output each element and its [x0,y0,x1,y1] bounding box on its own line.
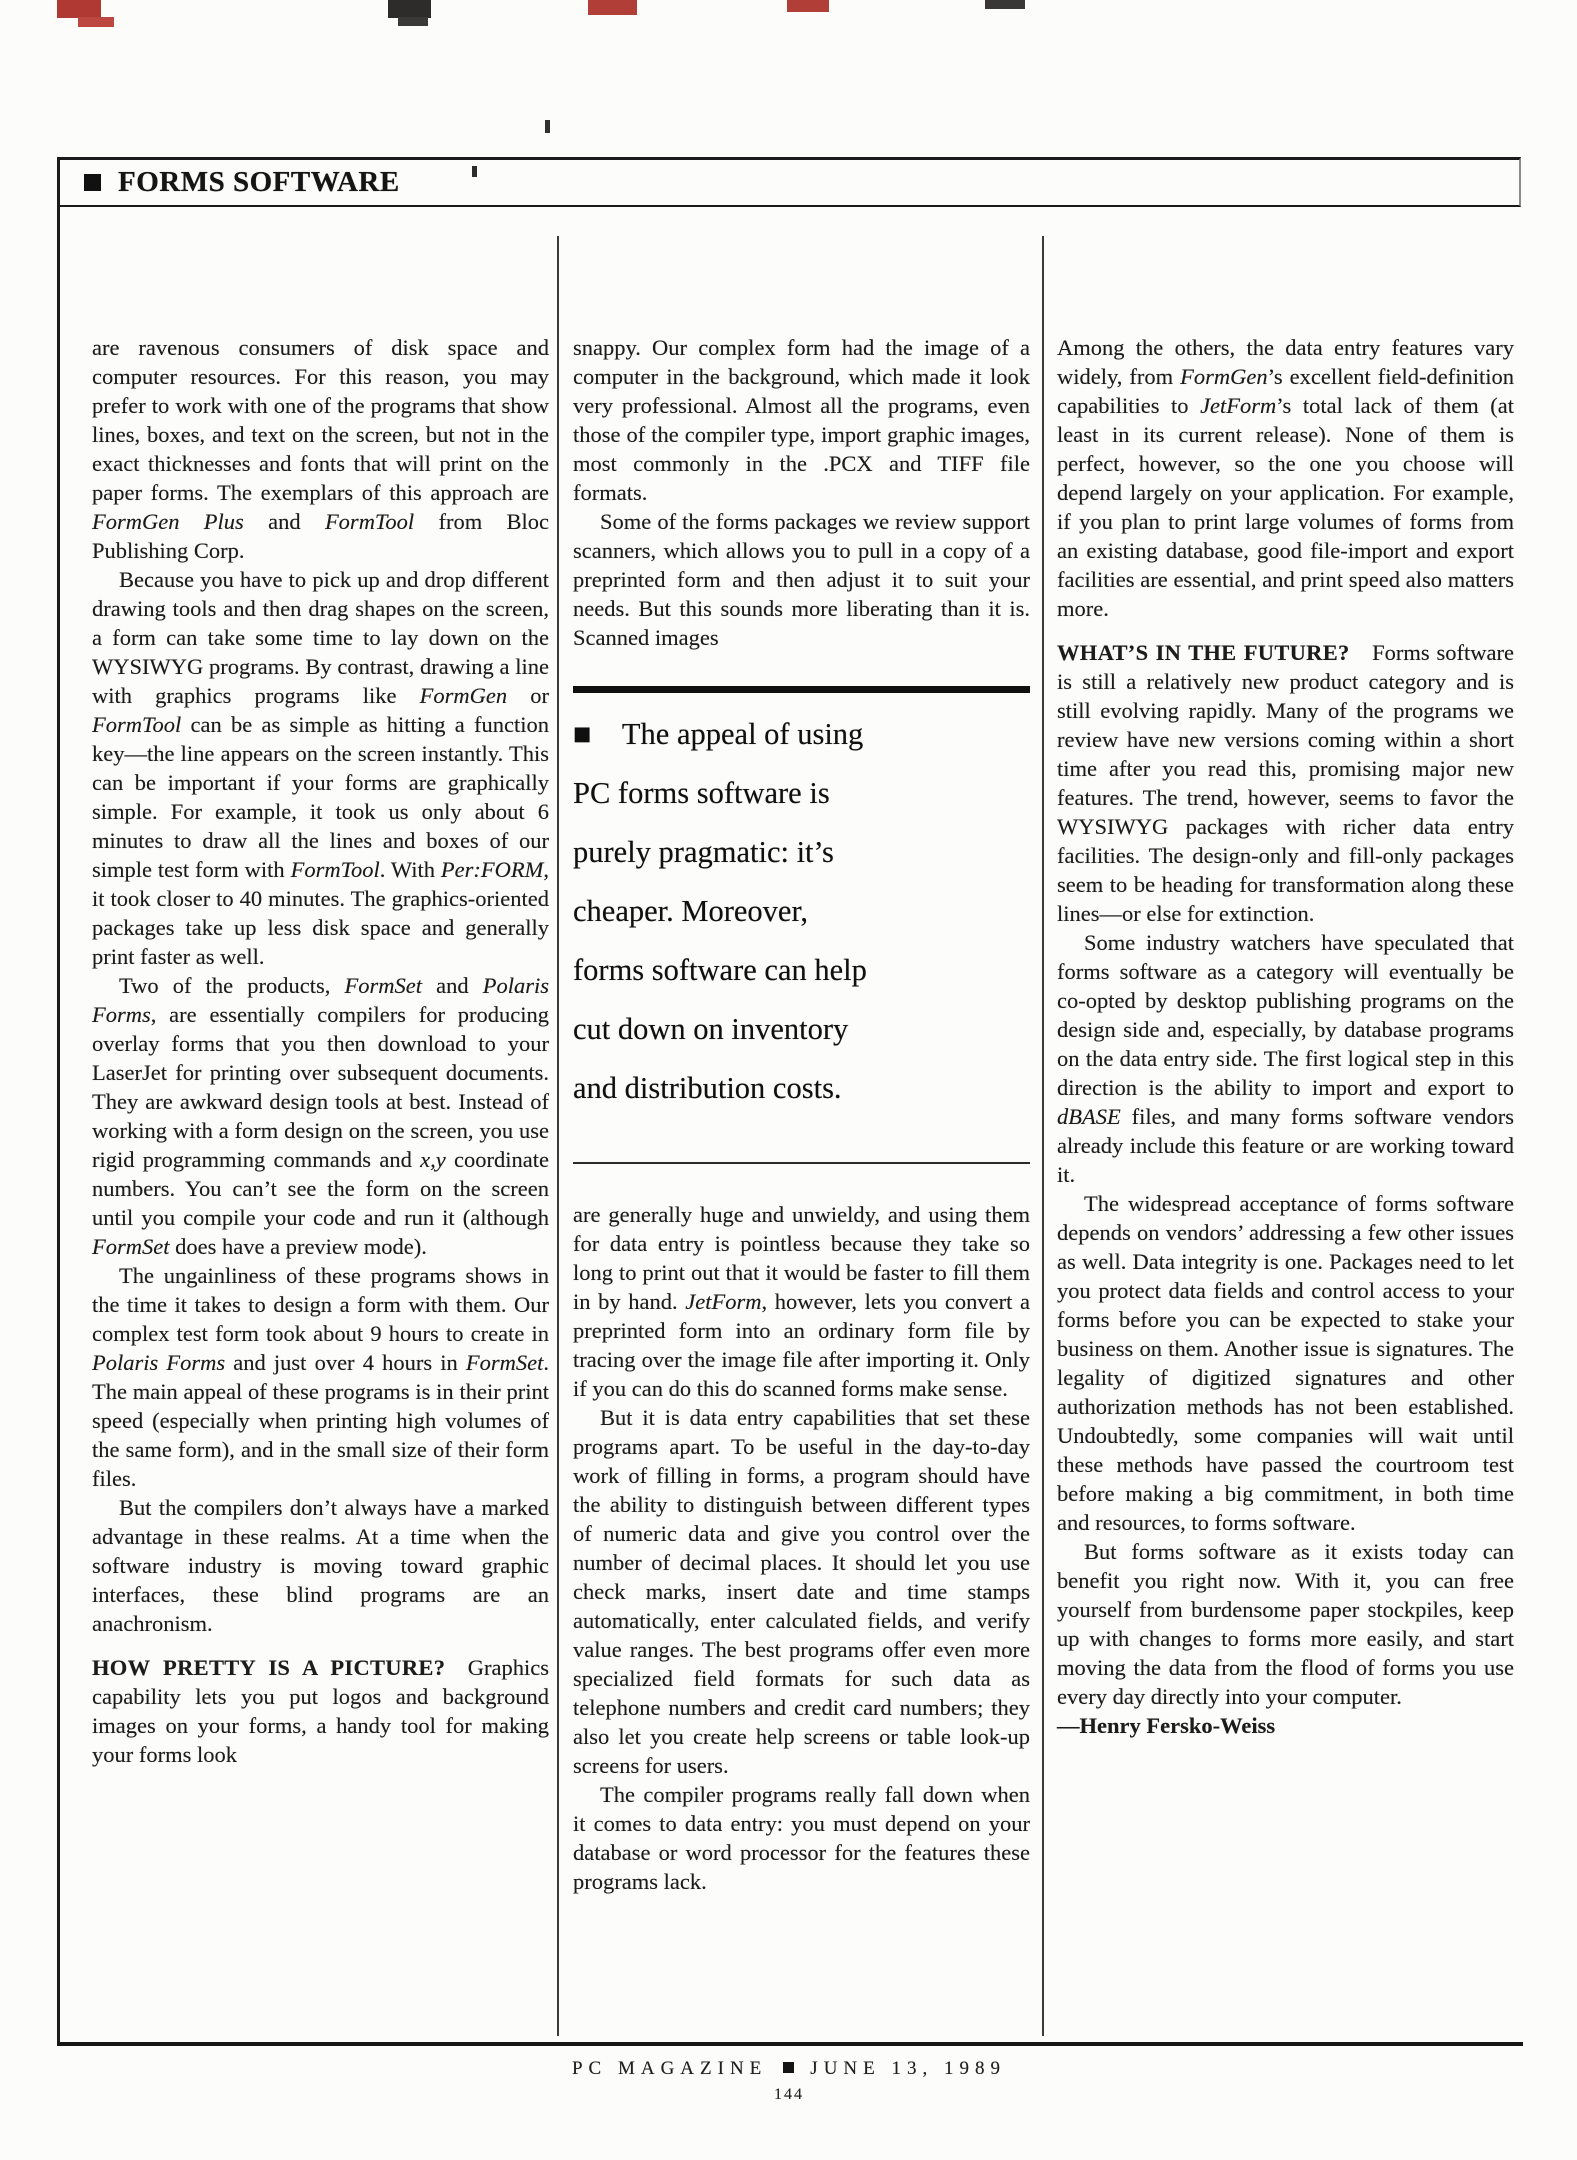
paragraph: WHAT’S IN THE FUTURE? Forms software is … [1057,638,1514,928]
paragraph: But it is data entry capabilities that s… [573,1403,1030,1780]
pullquote-line: ■ The appeal of using [573,705,1030,764]
pullquote-line: forms software can help [573,941,1030,1000]
section-title: FORMS SOFTWARE [118,166,400,199]
column-divider-1 [557,236,559,2036]
footer-rule [57,2042,1523,2046]
registration-marks [0,0,1577,40]
paragraph: Because you have to pick up and drop dif… [92,565,549,971]
magazine-page: FORMS SOFTWARE are ravenous consumers of… [0,0,1577,2160]
paragraph: Some industry watchers have speculated t… [1057,928,1514,1189]
paragraph: The widespread acceptance of forms softw… [1057,1189,1514,1537]
page-footer: PC MAGAZINEJUNE 13, 1989 [57,2058,1521,2080]
scan-mark [985,0,1025,9]
paragraph: HOW PRETTY IS A PICTURE? Graphics capabi… [92,1653,549,1769]
scan-mark [588,0,637,15]
pull-quote-bottom-rule [573,1162,1030,1164]
paragraph: Among the others, the data entry feature… [1057,333,1514,623]
small-square-bullet-icon [783,2062,794,2073]
paragraph: Some of the forms packages we review sup… [573,507,1030,652]
column-2: snappy. Our complex form had the image o… [573,333,1030,1896]
pull-quote-text: ■ The appeal of usingPC forms software i… [573,705,1030,1118]
magazine-name: PC MAGAZINE [572,2058,767,2079]
article-left-border [57,157,60,2046]
scan-mark [398,17,428,26]
scan-mark [388,0,431,18]
paragraph: are generally huge and unwieldy, and usi… [573,1200,1030,1403]
pull-quote-top-rule [573,686,1030,693]
pullquote-line: cut down on inventory [573,1000,1030,1059]
column-1: are ravenous consumers of disk space and… [92,333,549,1769]
byline: —Henry Fersko-Weiss [1057,1711,1514,1740]
scan-mark [545,120,550,133]
scan-mark [787,0,829,12]
column-3: Among the others, the data entry feature… [1057,333,1514,1740]
pull-quote: ■ The appeal of usingPC forms software i… [573,686,1030,1164]
black-square-bullet-icon [84,174,101,191]
paragraph: But forms software as it exists today ca… [1057,1537,1514,1711]
issue-date: JUNE 13, 1989 [810,2058,1006,2079]
column-2-top: snappy. Our complex form had the image o… [573,333,1030,652]
pullquote-line: cheaper. Moreover, [573,882,1030,941]
scan-mark [57,0,101,18]
section-header: FORMS SOFTWARE [57,157,1521,207]
paragraph: snappy. Our complex form had the image o… [573,333,1030,507]
page-number: 144 [57,2086,1521,2104]
paragraph: are ravenous consumers of disk space and… [92,333,549,565]
pullquote-line: purely pragmatic: it’s [573,823,1030,882]
paragraph: Two of the products, FormSet and Polaris… [92,971,549,1261]
pullquote-line: PC forms software is [573,764,1030,823]
paragraph: The compiler programs really fall down w… [573,1780,1030,1896]
paragraph: The ungainliness of these programs shows… [92,1261,549,1493]
pullquote-line: and distribution costs. [573,1059,1030,1118]
paragraph: But the compilers don’t always have a ma… [92,1493,549,1638]
column-divider-2 [1042,236,1044,2036]
scan-mark [78,17,114,27]
column-2-bottom: are generally huge and unwieldy, and usi… [573,1200,1030,1896]
